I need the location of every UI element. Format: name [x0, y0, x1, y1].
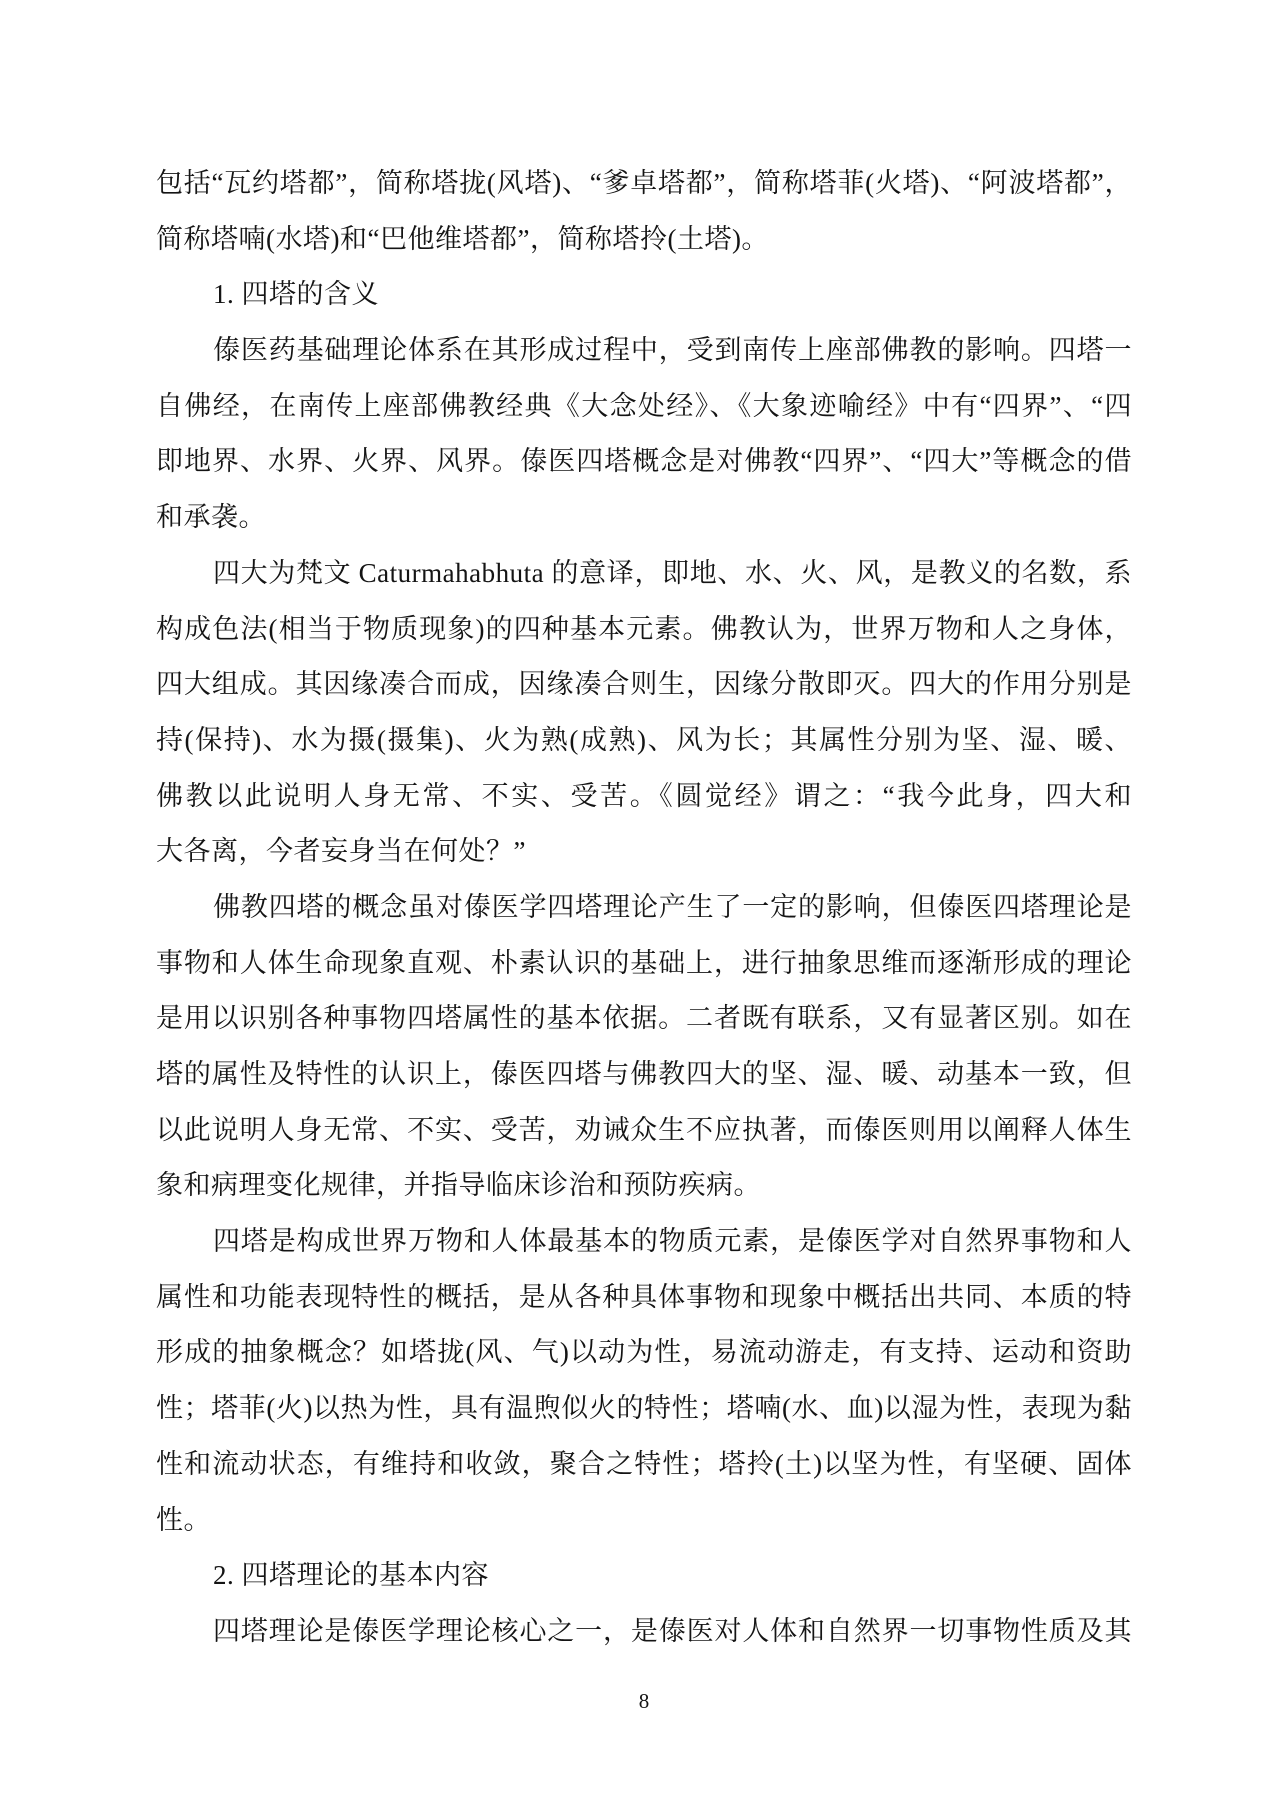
text-line: 和承袭。	[156, 490, 1132, 546]
text-line: 性和流动状态，有维持和收敛，聚合之特性；塔拎(土)以坚为性，有坚硬、固体的特	[156, 1437, 1132, 1493]
text-line: 四大组成。其因缘凑合而成，因缘凑合则生，因缘分散即灭。四大的作用分别是地为	[156, 657, 1132, 713]
text-line: 是用以识别各种事物四塔属性的基本依据。二者既有联系，又有显著区别。如在对四	[156, 991, 1132, 1047]
text-line: 持(保持)、水为摄(摄集)、火为熟(成熟)、风为长；其属性分别为坚、湿、暖、动。	[156, 713, 1132, 769]
text-line: 形成的抽象概念？如塔拢(风、气)以动为性，易流动游走，有支持、运动和资助的特	[156, 1325, 1132, 1381]
text-line: 事物和人体生命现象直观、朴素认识的基础上，进行抽象思维而逐渐形成的理论概念，	[156, 936, 1132, 992]
text-line: 简称塔喃(水塔)和“巴他维塔都”，简称塔拎(土塔)。	[156, 212, 1132, 268]
text-line: 包括“瓦约塔都”，简称塔拢(风塔)、“爹卓塔都”，简称塔菲(火塔)、“阿波塔都”…	[156, 156, 1132, 212]
text-line: 属性和功能表现特性的概括，是从各种具体事物和现象中概括出共同、本质的特性而	[156, 1270, 1132, 1326]
text-line: 以此说明人身无常、不实、受苦，劝诫众生不应执著，而傣医则用以阐释人体生理现	[156, 1103, 1132, 1159]
text-line: 大各离，今者妄身当在何处？”	[156, 824, 1132, 880]
text-line: 性。	[156, 1493, 1132, 1549]
text-line: 佛教以此说明人身无常、不实、受苦。《圆觉经》谓之：“我今此身，四大和合……四	[156, 769, 1132, 825]
text-line: 塔的属性及特性的认识上，傣医四塔与佛教四大的坚、湿、暖、动基本一致，但佛教	[156, 1047, 1132, 1103]
text-line: 四塔是构成世界万物和人体最基本的物质元素，是傣医学对自然界事物和人体之	[156, 1214, 1132, 1270]
text-line: 四塔理论是傣医学理论核心之一，是傣医对人体和自然界一切事物性质及其发展	[156, 1604, 1132, 1660]
text-line: 佛教四塔的概念虽对傣医学四塔理论产生了一定的影响，但傣医四塔理论是在对	[156, 880, 1132, 936]
text-line: 构成色法(相当于物质现象)的四种基本元素。佛教认为，世界万物和人之身体，均由	[156, 602, 1132, 658]
text-line: 自佛经，在南传上座部佛教经典《大念处经》、《大象迹喻经》中有“四界”、“四大”，	[156, 379, 1132, 435]
text-line: 四大为梵文 Caturmahabhuta 的意译，即地、水、火、风，是教义的名数…	[156, 546, 1132, 602]
text-line: 1. 四塔的含义	[156, 267, 1132, 323]
text-line: 即地界、水界、火界、风界。傣医四塔概念是对佛教“四界”、“四大”等概念的借用	[156, 434, 1132, 490]
text-line: 傣医药基础理论体系在其形成过程中，受到南传上座部佛教的影响。四塔一词源	[156, 323, 1132, 379]
text-lines: 包括“瓦约塔都”，简称塔拢(风塔)、“爹卓塔都”，简称塔菲(火塔)、“阿波塔都”…	[156, 156, 1132, 1660]
text-line: 2. 四塔理论的基本内容	[156, 1548, 1132, 1604]
text-line: 象和病理变化规律，并指导临床诊治和预防疾病。	[156, 1158, 1132, 1214]
page-number: 8	[156, 1686, 1132, 1716]
document-page: 包括“瓦约塔都”，简称塔拢(风塔)、“爹卓塔都”，简称塔菲(火塔)、“阿波塔都”…	[0, 0, 1274, 1801]
text-line: 性；塔菲(火)以热为性，具有温煦似火的特性；塔喃(水、血)以湿为性，表现为黏结	[156, 1381, 1132, 1437]
